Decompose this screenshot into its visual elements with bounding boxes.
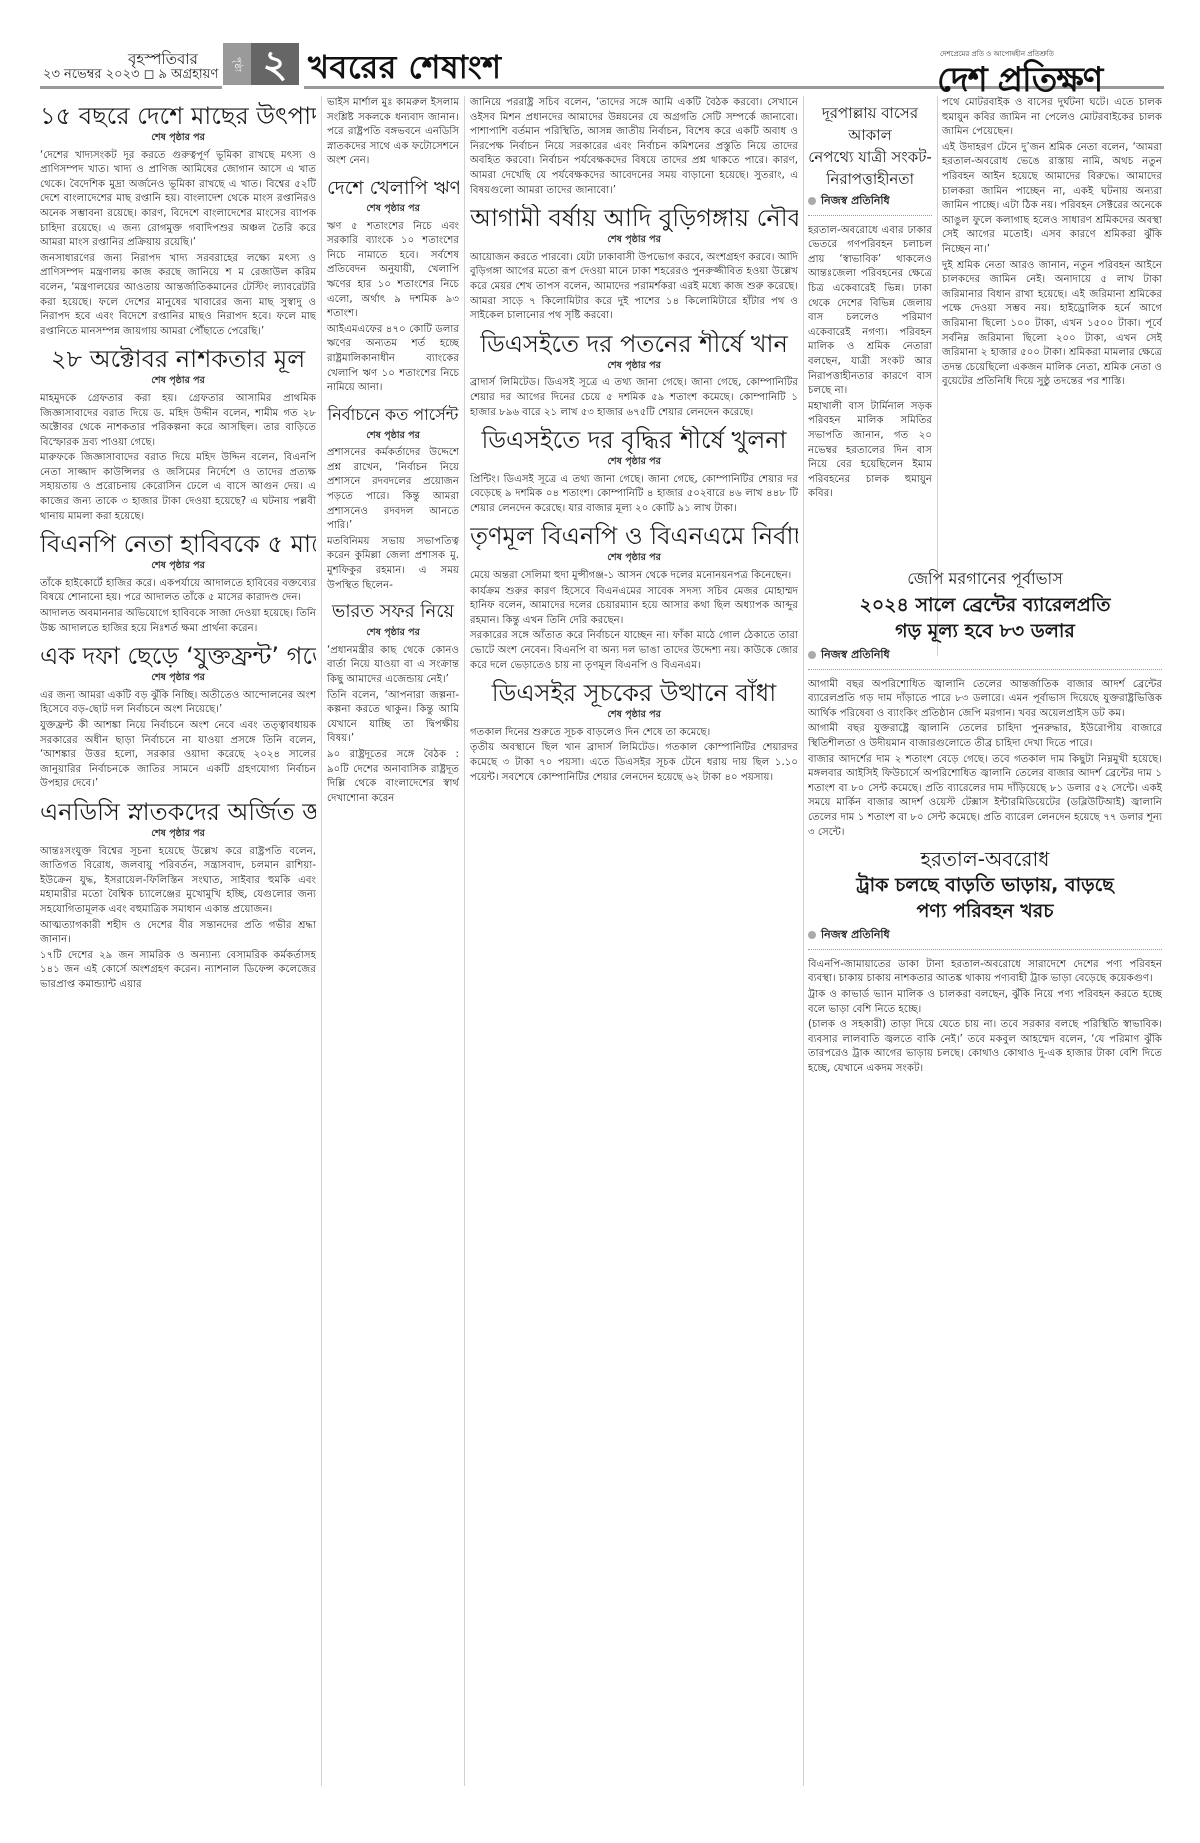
continuation-label: শেষ পৃষ্ঠার পর	[327, 429, 459, 444]
bullet-icon	[808, 197, 816, 205]
headline: ২৮ অক্টোবর নাশকতার মূল	[40, 345, 316, 373]
paragraph: কার্যক্রম শুরুর কারণ হিসেবে বিএনএমের সাব…	[470, 585, 798, 629]
byline: নিজস্ব প্রতিনিধি	[808, 928, 1162, 943]
headline: নির্বাচনে কত পার্সেন্ট	[327, 402, 459, 428]
continuation-label: শেষ পৃষ্ঠার পর	[470, 551, 798, 566]
paragraph: মহাখালী বাস টার্মিনাল সড়ক পরিবহন মালিক …	[808, 400, 932, 502]
paragraph: ৯০ রাষ্ট্রদূতের সঙ্গে বৈঠক : ৯০টি দেশের …	[327, 748, 459, 806]
paragraph: ভাইস মার্শাল মুঃ কামরুল ইসলাম সংশ্লিষ্ট …	[327, 96, 459, 169]
headline-line-2: নেপথ্যে যাত্রী সংকট-	[808, 146, 932, 168]
paragraph: বাজার আদর্শের দাম ২ শতাংশ বেড়ে গেছে। তব…	[808, 753, 1162, 841]
article-trinamool-bnm: তৃণমূল বিএনপি ও বিএনএমে নির্বাচনী শেষ পৃ…	[470, 522, 798, 673]
article-dse-index: ডিএসইর সূচকের উত্থানে বাঁধা শেষ পৃষ্ঠার …	[470, 679, 798, 785]
byline-text: নিজস্ব প্রতিনিধি	[821, 928, 890, 941]
article-oct28-sabotage: ২৮ অক্টোবর নাশকতার মূল শেষ পৃষ্ঠার পর মা…	[40, 345, 316, 524]
paragraph: হরতাল-অবরোধে এবার ঢাকার ভেতরে গণপরিবহন চ…	[808, 224, 932, 399]
paragraph: পথে মোটরবাইক ও বাসের দুর্ঘটনা ঘটে। এতে চ…	[942, 96, 1162, 140]
headline-line-3: নিরাপত্তাহীনতা	[808, 168, 932, 190]
column-1: ১৫ বছরে দেশে মাছের উৎপাদন বেড়েছে শেষ পৃ…	[40, 96, 316, 1786]
continuation-label: শেষ পৃষ্ঠার পর	[327, 202, 459, 217]
headline-line-3: গড় মূল্য হবে ৮৩ ডলার	[808, 618, 1162, 644]
paragraph: যুক্তফ্রন্ট কী আশঙ্কা নিয়ে নির্বাচনে অং…	[40, 719, 316, 792]
article-truck-fares: হরতাল-অবরোধ ট্রাক চলছে বাড়তি ভাড়ায়, ব…	[808, 846, 1162, 1076]
paragraph: আগামী বছর যুক্তরাষ্ট্রে জ্বালানি তেলের চ…	[808, 722, 1162, 751]
bullet-icon	[808, 931, 816, 939]
column-divider	[464, 96, 465, 1786]
paragraph: আইএমএফের ৪৭০ কোটি ডলার ঋণের অন্যতম শর্ত …	[327, 323, 459, 396]
paragraph: আদালত অবমাননার অভিযোগে হাবিবকে সাজা দেওয…	[40, 607, 316, 636]
article-default-loan: দেশে খেলাপি ঋণ এক শেষ পৃষ্ঠার পর ঋণ ৫ শত…	[327, 175, 459, 396]
paragraph: মেয়ে অন্তরা সেলিমা হুদা মুন্সীগঞ্জ-১ আস…	[470, 569, 798, 584]
headline: এনডিসি স্নাতকদের অর্জিত জ্ঞান দেশের	[40, 798, 316, 826]
headline: ডিএসইর সূচকের উত্থানে বাঁধা	[470, 679, 798, 707]
article-united-front: এক দফা ছেড়ে ‘যুক্তফ্রন্ট’ গড়ে শেষ পৃষ্…	[40, 642, 316, 792]
column-divider	[321, 96, 322, 1786]
paragraph: সরকারের সঙ্গে আঁতাত করে নির্বাচনে যাচ্ছে…	[470, 629, 798, 673]
paragraph: মাহমুদকে গ্রেফতার করা হয়। গ্রেফতার আসাম…	[40, 392, 316, 450]
headline: ভারত সফর নিয়ে	[327, 599, 459, 625]
page-label-box: পৃষ্ঠা	[223, 43, 251, 85]
paragraph: আত্মত্যাগকারী শহীদ ও দেশের বীর সন্তানদের…	[40, 919, 316, 948]
paragraph: জানিয়ে পররাষ্ট্র সচিব বলেন, ‘তাদের সঙ্গ…	[470, 96, 798, 198]
continuation-label: শেষ পৃষ্ঠার পর	[470, 359, 798, 374]
page-number-box: ২	[251, 43, 299, 85]
headline: দেশে খেলাপি ঋণ এক	[327, 175, 459, 201]
dotted-divider	[808, 669, 1162, 670]
paragraph: মারুফকে জিজ্ঞাসাবাদের বরাত দিয়ে মহিদ উদ…	[40, 451, 316, 524]
bullet-icon	[808, 651, 816, 659]
headline: ডিএসইতে দর পতনের শীর্ষে খান	[470, 330, 798, 358]
article-longdistance-bus: দূরপাল্লায় বাসের আকাল নেপথ্যে যাত্রী সং…	[808, 102, 932, 502]
headline-line-3: পণ্য পরিবহন খরচ	[808, 898, 1162, 924]
paragraph: গতকাল দিনের শুরুতে সূচক বাড়লেও দিন শেষে…	[470, 726, 798, 741]
paragraph: আগামী বছর অপরিশোধিত জ্বালানি তেলের আন্তর…	[808, 678, 1162, 722]
column-2: ভাইস মার্শাল মুঃ কামরুল ইসলাম সংশ্লিষ্ট …	[327, 96, 459, 1786]
byline: নিজস্ব প্রতিনিধি	[808, 194, 932, 209]
paragraph: ১৭টি দেশের ২৯ জন সামরিক ও অন্যান্য বেসাম…	[40, 949, 316, 993]
paragraph: জনসাধারণের জন্য নিরাপদ খাদ্য সরবরাহের লক…	[40, 252, 316, 340]
paragraph: এই উদাহরণ টেনে দু’জন শ্রমিক নেতা বলেন, ‘…	[942, 141, 1162, 258]
continuation-label: শেষ পৃষ্ঠার পর	[40, 131, 316, 146]
continuation-label: শেষ পৃষ্ঠার পর	[40, 374, 316, 389]
continuation-label: শেষ পৃষ্ঠার পর	[327, 626, 459, 641]
paragraph: ব্রাদার্স লিমিটেড। ডিএসই সূত্রে এ তথ্য জ…	[470, 376, 798, 420]
headline-line-2: ট্রাক চলছে বাড়তি ভাড়ায়, বাড়ছে	[808, 872, 1162, 898]
masthead-rule-left	[40, 86, 222, 89]
article-fish-production: ১৫ বছরে দেশে মাছের উৎপাদন বেড়েছে শেষ পৃ…	[40, 102, 316, 339]
continuation-label: শেষ পৃষ্ঠার পর	[470, 708, 798, 723]
paragraph: তাঁকে হাইকোর্টে হাজির করে। একপর্যায়ে আদ…	[40, 577, 316, 606]
paragraph: প্রিন্টিং। ডিএসই সূত্রে এ তথ্য জানা গেছে…	[470, 473, 798, 517]
column-divider	[803, 96, 804, 1786]
article-india-visit: ভারত সফর নিয়ে শেষ পৃষ্ঠার পর ‘প্রধানমন্…	[327, 599, 459, 806]
headline-line-1: দূরপাল্লায় বাসের আকাল	[808, 102, 932, 146]
byline: নিজস্ব প্রতিনিধি	[808, 648, 1162, 663]
paragraph: ট্রাক ও কাভার্ড ভ্যান মালিক ও চালকরা বলছ…	[808, 988, 1162, 1017]
paragraph: তিনি বলেন, ‘আপনারা জল্পনা-কল্পনা করতে থা…	[327, 689, 459, 747]
paragraph: ‘প্রধানমন্ত্রীর কাছ থেকে কোনও বার্তা নিয…	[327, 644, 459, 688]
paragraph: (চালক ও সহকারী) তাড়া দিয়ে যেতে চায় না…	[808, 1018, 1162, 1076]
continuation-label: শেষ পৃষ্ঠার পর	[470, 233, 798, 248]
continuation-label: শেষ পৃষ্ঠার পর	[40, 559, 316, 574]
dotted-divider	[808, 215, 932, 216]
headline: তৃণমূল বিএনপি ও বিএনএমে নির্বাচনী	[470, 522, 798, 550]
paragraph: বিএনপি-জামায়াতের ডাকা টানা হরতাল-অবরোধে…	[808, 958, 1162, 987]
headline: বিএনপি নেতা হাবিবকে ৫ মাসের	[40, 530, 316, 558]
continuation-label: শেষ পৃষ্ঠার পর	[40, 827, 316, 842]
paragraph: ‘দেশের খাদ্যসংকট দূর করতে গুরুত্বপূর্ণ ভ…	[40, 149, 316, 251]
paragraph: তৃতীয় অবস্থানে ছিল খান ব্রাদার্স লিমিটে…	[470, 741, 798, 785]
headline: এক দফা ছেড়ে ‘যুক্তফ্রন্ট’ গড়ে	[40, 642, 316, 670]
masthead: বৃহস্পতিবার ২৩ নভেম্বর ২০২৩ ◻ ৯ অগ্রহায়…	[0, 0, 1200, 92]
article-dse-fall: ডিএসইতে দর পতনের শীর্ষে খান শেষ পৃষ্ঠার …	[470, 330, 798, 420]
article-jp-morgan-brent: জেপি মরগানের পূর্বাভাস ২০২৪ সালে ব্রেন্ট…	[808, 566, 1162, 840]
continuation-label: শেষ পৃষ্ঠার পর	[470, 455, 798, 470]
paragraph: মতবিনিময় সভায় সভাপতিত্ব করেন কুমিল্লা …	[327, 535, 459, 593]
article-dse-rise: ডিএসইতে দর বৃদ্ধির শীর্ষে খুলনা শেষ পৃষ্…	[470, 426, 798, 516]
headline: আগামী বর্ষায় আদি বুড়িগঙ্গায় নৌকাবাইচ	[470, 204, 798, 232]
paragraph: আয়োজন করতে পারবো। যেটা ঢাকাবাসী উপভোগ ক…	[470, 251, 798, 324]
dotted-divider	[808, 949, 1162, 950]
article-ndc-graduates: এনডিসি স্নাতকদের অর্জিত জ্ঞান দেশের শেষ …	[40, 798, 316, 993]
column-3: জানিয়ে পররাষ্ট্র সচিব বলেন, ‘তাদের সঙ্গ…	[470, 96, 798, 1786]
byline-text: নিজস্ব প্রতিনিধি	[821, 648, 890, 661]
paragraph: আন্তঃসংযুক্ত বিশ্বের সূচনা হয়েছে উল্লেখ…	[40, 845, 316, 918]
paragraph: দুই শ্রমিক নেতা আরও জানান, নতুন পরিবহন আ…	[942, 259, 1162, 390]
headline-line-2: ২০২৪ সালে ব্রেন্টের ব্যারেলপ্রতি	[808, 592, 1162, 618]
headline-line-1: জেপি মরগানের পূর্বাভাস	[808, 566, 1162, 592]
column-right-lower: জেপি মরগানের পূর্বাভাস ২০২৪ সালে ব্রেন্ট…	[808, 560, 1162, 1786]
article-election-percent: নির্বাচনে কত পার্সেন্ট শেষ পৃষ্ঠার পর প্…	[327, 402, 459, 594]
headline: ডিএসইতে দর বৃদ্ধির শীর্ষে খুলনা	[470, 426, 798, 454]
continuation-label: শেষ পৃষ্ঠার পর	[40, 671, 316, 686]
byline-text: নিজস্ব প্রতিনিধি	[821, 194, 890, 207]
paragraph: এর জন্য আমরা একটি বড় ঝুঁকি নিচ্ছি। অতীত…	[40, 689, 316, 718]
headline: ১৫ বছরে দেশে মাছের উৎপাদন বেড়েছে	[40, 102, 316, 130]
paragraph: ঋণ ৫ শতাংশের নিচে এবং সরকারি ব্যাংকে ১০ …	[327, 220, 459, 322]
article-habib-sentence: বিএনপি নেতা হাবিবকে ৫ মাসের শেষ পৃষ্ঠার …	[40, 530, 316, 636]
headline-line-1: হরতাল-অবরোধ	[808, 846, 1162, 872]
article-boat-race: আগামী বর্ষায় আদি বুড়িগঙ্গায় নৌকাবাইচ …	[470, 204, 798, 324]
paragraph: প্রশাসনের কর্মকর্তাদের উদ্দেশে প্রশ্ন রা…	[327, 446, 459, 534]
